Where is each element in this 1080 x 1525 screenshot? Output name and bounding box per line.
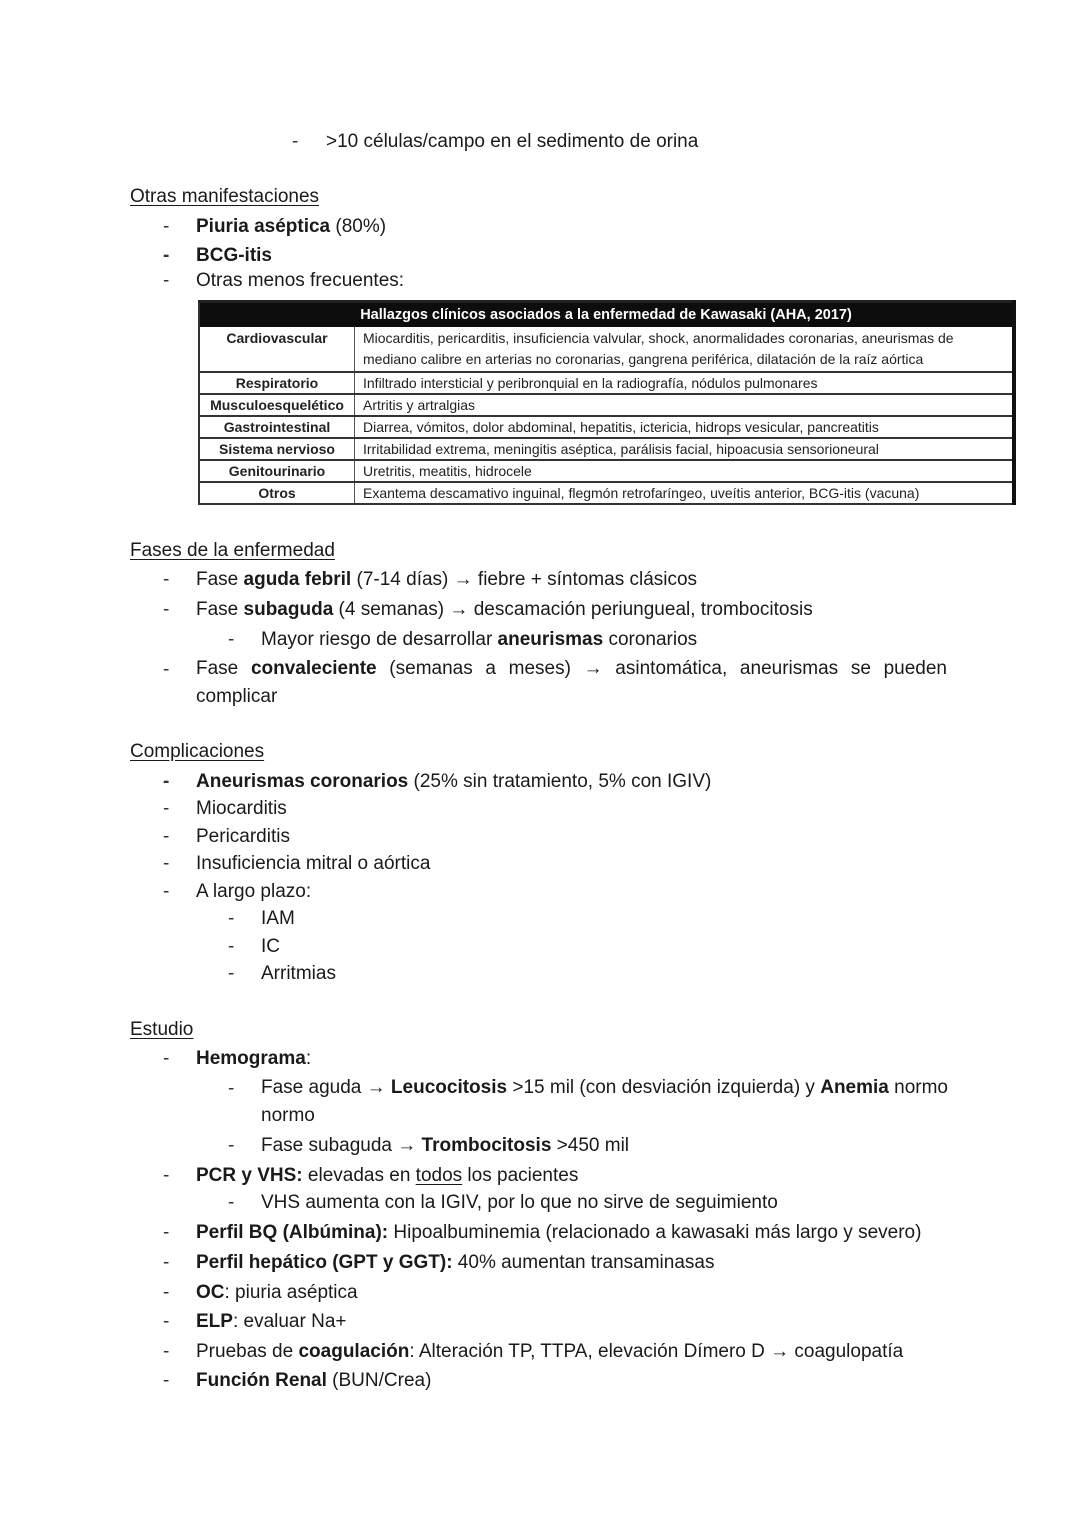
bold-term: Perfil hepático (GPT y GGT): (196, 1252, 453, 1273)
section-heading-complicaciones: Complicaciones (130, 740, 264, 764)
bullet-dash: - (228, 962, 234, 986)
table-row: Cardiovascular Miocarditis, pericarditis… (199, 327, 1014, 372)
bold-term: Hemograma (196, 1048, 306, 1069)
table-category: Respiratorio (199, 372, 355, 394)
section-heading-fases: Fases de la enfermedad (130, 539, 335, 563)
item-text: Mayor riesgo de desarrollar (261, 629, 498, 650)
table-category: Cardiovascular (199, 327, 355, 372)
item-text: (80%) (330, 216, 386, 237)
bullet-dash: - (163, 1221, 169, 1245)
list-item: Mayor riesgo de desarrollar aneurismas c… (261, 628, 697, 652)
list-item: Fase aguda → Leucocitosis >15 mil (con d… (261, 1074, 948, 1130)
list-item: Hemograma: (196, 1047, 311, 1071)
list-item: Piuria aséptica (80%) (196, 215, 386, 239)
item-text: Pruebas de (196, 1341, 298, 1362)
list-item: Fase aguda febril (7-14 días) → fiebre +… (196, 568, 697, 592)
table-category: Genitourinario (199, 460, 355, 482)
bullet-dash: - (163, 1251, 169, 1275)
bullet-dash: - (163, 244, 169, 268)
list-item: Fase convaleciente (semanas a meses) → a… (196, 655, 947, 711)
item-text: : (306, 1048, 311, 1069)
bullet-dash: - (228, 1134, 234, 1158)
table-findings: Uretritis, meatitis, hidrocele (355, 460, 1015, 482)
table-row: Otros Exantema descamativo inguinal, fle… (199, 482, 1014, 504)
list-item: Pruebas de coagulación: Alteración TP, T… (196, 1340, 903, 1364)
list-item: Arritmias (261, 962, 336, 986)
bullet-dash: - (163, 215, 169, 239)
item-text: : Alteración TP, TTPA, elevación Dímero … (409, 1341, 903, 1362)
bullet-dash: - (163, 1369, 169, 1393)
bold-term: coagulación (298, 1341, 409, 1362)
bullet-dash: - (163, 825, 169, 849)
table-findings: Diarrea, vómitos, dolor abdominal, hepat… (355, 416, 1015, 438)
table-row: Musculoesquelético Artritis y artralgias (199, 394, 1014, 416)
table-findings: Infiltrado intersticial y peribronquial … (355, 372, 1015, 394)
table-findings: Artritis y artralgias (355, 394, 1015, 416)
item-text: Hipoalbuminemia (relacionado a kawasaki … (388, 1222, 921, 1243)
bold-term: aguda febril (244, 569, 352, 590)
bullet-dash: - (163, 1310, 169, 1334)
list-item: A largo plazo: (196, 880, 311, 904)
list-item: VHS aumenta con la IGIV, por lo que no s… (261, 1191, 778, 1215)
item-text: : evaluar Na+ (233, 1311, 347, 1332)
table-findings: Irritabilidad extrema, meningitis asépti… (355, 438, 1015, 460)
list-item: Otras menos frecuentes: (196, 269, 404, 293)
bold-term: subaguda (244, 599, 334, 620)
list-item: PCR y VHS: elevadas en todos los pacient… (196, 1164, 578, 1188)
table-row: Sistema nervioso Irritabilidad extrema, … (199, 438, 1014, 460)
list-item: Perfil BQ (Albúmina): Hipoalbuminemia (r… (196, 1221, 921, 1245)
bullet-dash: - (163, 770, 169, 794)
list-item: Aneurismas coronarios (25% sin tratamien… (196, 770, 711, 794)
table-category: Otros (199, 482, 355, 504)
list-item: IAM (261, 907, 295, 931)
item-text: Fase (196, 569, 244, 590)
bullet-dash: - (163, 1281, 169, 1305)
bold-term: Trombocitosis (422, 1135, 552, 1156)
kawasaki-findings-table: Hallazgos clínicos asociados a la enferm… (198, 300, 1016, 505)
bullet-dash: - (163, 269, 169, 293)
item-text: >15 mil (con desviación izquierda) y (507, 1077, 820, 1098)
bold-term: Leucocitosis (391, 1077, 507, 1098)
item-text: (7-14 días) → fiebre + síntomas clásicos (351, 569, 697, 590)
bullet-dash: - (163, 1164, 169, 1188)
section-heading-otras-manifestaciones: Otras manifestaciones (130, 185, 319, 209)
bullet-dash: - (163, 797, 169, 821)
bold-term: OC (196, 1282, 225, 1303)
item-text: >450 mil (551, 1135, 629, 1156)
underlined-term: todos (416, 1165, 462, 1186)
bold-term: ELP (196, 1311, 233, 1332)
item-text: coronarios (603, 629, 697, 650)
bold-term: aneurismas (498, 629, 604, 650)
item-text: los pacientes (462, 1165, 578, 1186)
bold-term: convaleciente (251, 658, 377, 679)
bullet-dash: - (163, 880, 169, 904)
table-row: Genitourinario Uretritis, meatitis, hidr… (199, 460, 1014, 482)
bold-term: Piuria aséptica (196, 216, 330, 237)
list-item: Fase subaguda (4 semanas) → descamación … (196, 598, 813, 622)
list-item: Fase subaguda → Trombocitosis >450 mil (261, 1134, 629, 1158)
bold-term: Función Renal (196, 1370, 327, 1391)
item-text: Fase subaguda → (261, 1135, 422, 1156)
bullet-dash: - (292, 130, 298, 154)
bullet-dash: - (163, 598, 169, 622)
table-category: Gastrointestinal (199, 416, 355, 438)
section-heading-estudio: Estudio (130, 1018, 193, 1042)
bullet-dash: - (228, 1191, 234, 1215)
list-item: Función Renal (BUN/Crea) (196, 1369, 431, 1393)
list-item: Insuficiencia mitral o aórtica (196, 852, 430, 876)
list-item: Pericarditis (196, 825, 290, 849)
item-text: : piuria aséptica (225, 1282, 358, 1303)
table-title: Hallazgos clínicos asociados a la enferm… (199, 302, 1014, 328)
list-item: ELP: evaluar Na+ (196, 1310, 347, 1334)
item-text: Fase aguda → (261, 1077, 391, 1098)
item-text: (25% sin tratamiento, 5% con IGIV) (408, 771, 711, 792)
item-text: (BUN/Crea) (327, 1370, 432, 1391)
table-row: Gastrointestinal Diarrea, vómitos, dolor… (199, 416, 1014, 438)
bold-term: BCG-itis (196, 245, 272, 266)
table-category: Sistema nervioso (199, 438, 355, 460)
item-text: 40% aumentan transaminasas (453, 1252, 715, 1273)
bullet-dash: - (163, 1340, 169, 1364)
bullet-dash: - (163, 658, 169, 682)
bold-term: PCR y VHS: (196, 1165, 303, 1186)
item-text: Fase (196, 658, 251, 679)
bullet-dash: - (228, 628, 234, 652)
item-text: Fase (196, 599, 244, 620)
table-row: Respiratorio Infiltrado intersticial y p… (199, 372, 1014, 394)
bold-term: Aneurismas coronarios (196, 771, 408, 792)
item-text: elevadas en (303, 1165, 416, 1186)
bullet-dash: - (163, 568, 169, 592)
list-item: BCG-itis (196, 244, 272, 268)
item-text: (4 semanas) → descamación periungueal, t… (333, 599, 812, 620)
bullet-dash: - (228, 907, 234, 931)
list-item: Perfil hepático (GPT y GGT): 40% aumenta… (196, 1251, 714, 1275)
list-item: >10 células/campo en el sedimento de ori… (326, 130, 698, 154)
list-item: Miocarditis (196, 797, 287, 821)
table-category: Musculoesquelético (199, 394, 355, 416)
bold-term: Perfil BQ (Albúmina): (196, 1222, 388, 1243)
bullet-dash: - (228, 935, 234, 959)
table-findings: Miocarditis, pericarditis, insuficiencia… (355, 327, 1015, 372)
bullet-dash: - (163, 852, 169, 876)
bold-term: Anemia (820, 1077, 889, 1098)
table-findings: Exantema descamativo inguinal, flegmón r… (355, 482, 1015, 504)
list-item: IC (261, 935, 280, 959)
list-item: OC: piuria aséptica (196, 1281, 358, 1305)
bullet-dash: - (163, 1047, 169, 1071)
bullet-dash: - (228, 1077, 234, 1101)
